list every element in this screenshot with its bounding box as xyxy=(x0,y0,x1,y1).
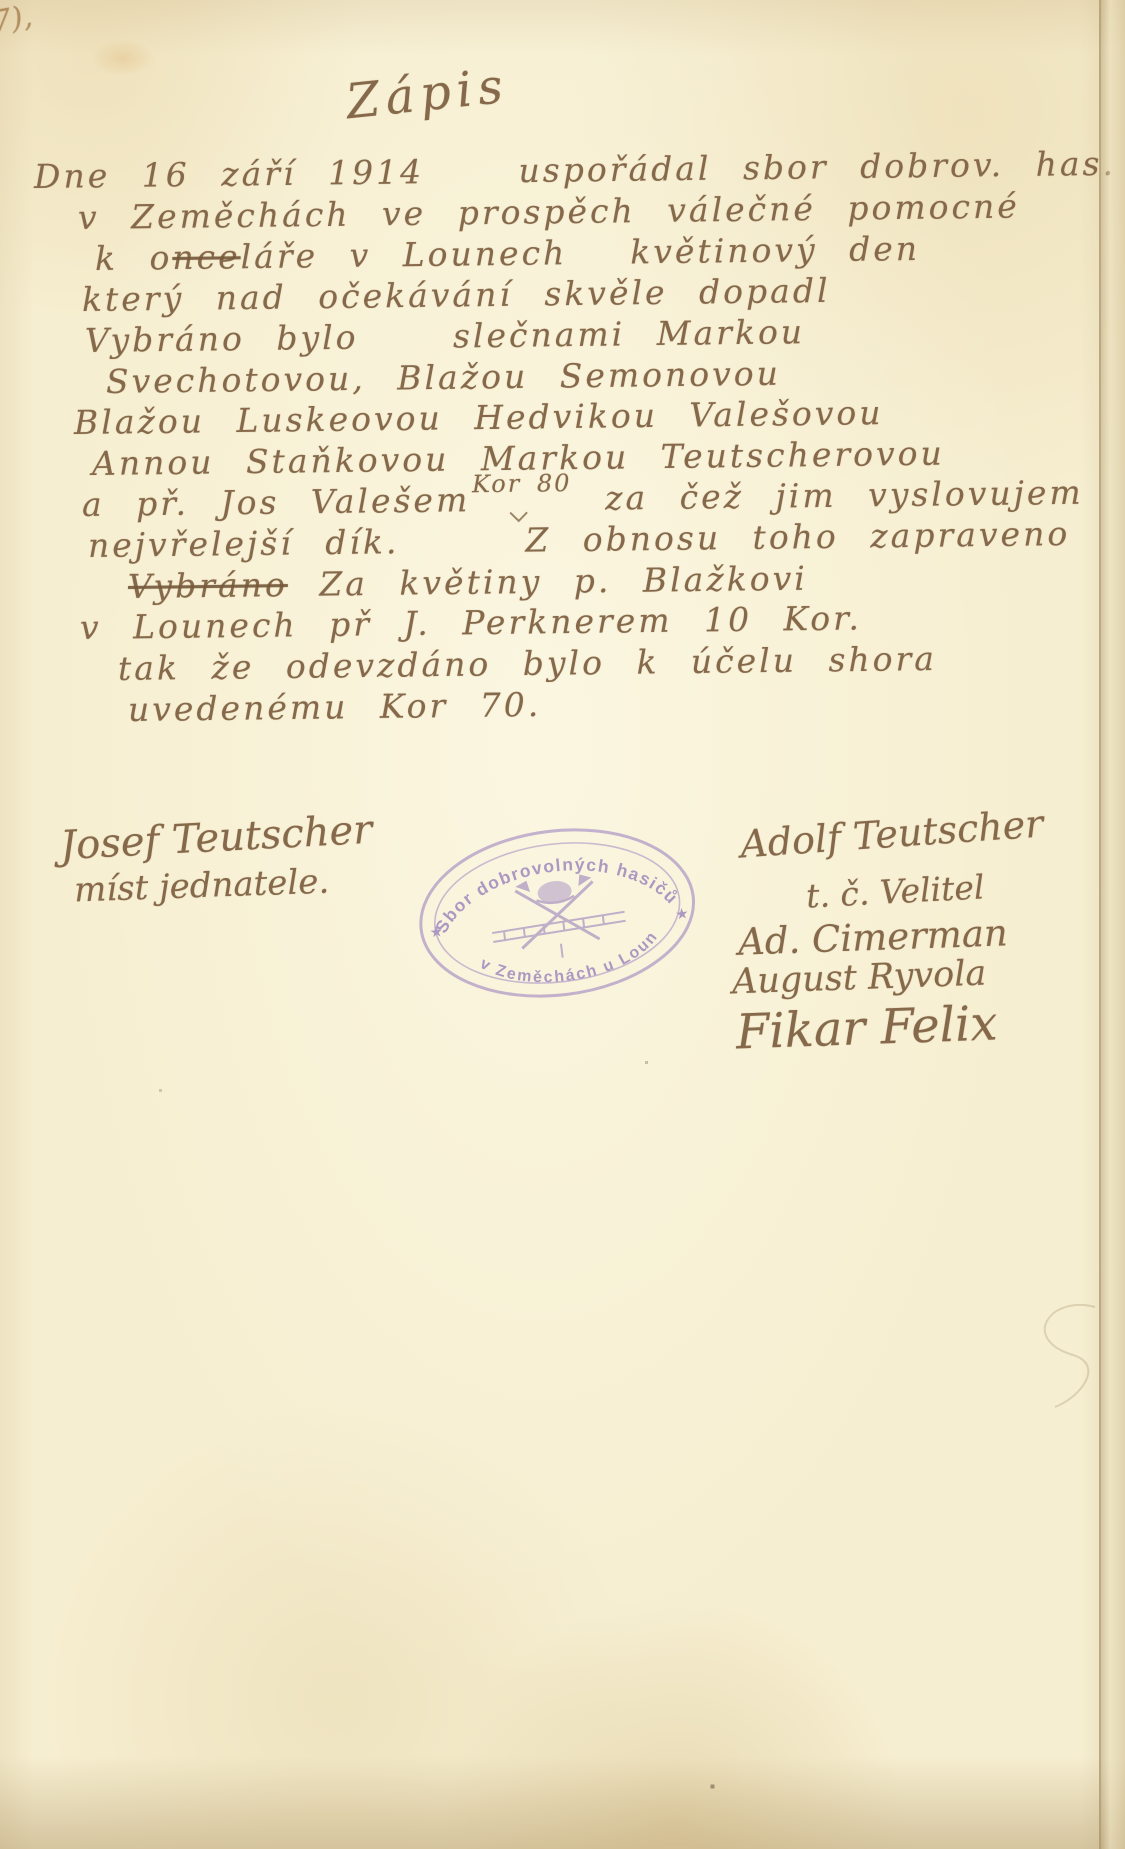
signature-fikar-felix: Fikar Felix xyxy=(735,995,998,1060)
struck-text: nce xyxy=(172,237,241,277)
book-page-edge xyxy=(1099,0,1125,1849)
signature-role-velitel: t. č. Velitel xyxy=(805,867,985,915)
manuscript-page: 7), Zápis Dne 16 září 1914 uspořádal sbo… xyxy=(0,0,1125,1849)
text-segment: za čež jim vyslovujem xyxy=(573,473,1084,518)
ink-corner-mark: 7), xyxy=(0,0,35,40)
stamp-graphic: Sbor dobrovolných hasičů v Zeměchách u L… xyxy=(402,807,711,1016)
stamp-star-right: ★ xyxy=(674,904,690,924)
text-segment: k o xyxy=(95,238,173,278)
stamp-star-left: ★ xyxy=(429,922,445,942)
inserted-text-above: Kor 80 xyxy=(472,463,572,505)
text-segment: a př. Jos Valešem xyxy=(82,480,471,524)
fire-brigade-stamp: Sbor dobrovolných hasičů v Zeměchách u L… xyxy=(402,807,711,1016)
text-segment: Za květiny p. Blažkovi xyxy=(288,559,808,604)
pencil-doodle xyxy=(1010,1295,1110,1419)
stain-smudge xyxy=(88,38,158,78)
signature-josef-role: míst jednatele. xyxy=(73,862,329,911)
body-text: Dne 16 září 1914 uspořádal sbor dobrov. … xyxy=(0,156,1100,730)
text-segment: uvedenému Kor 70. xyxy=(128,685,542,729)
struck-text: Vybráno xyxy=(128,565,288,606)
page-title: Zápis xyxy=(344,58,512,131)
signature-august-ryvola: August Ryvola xyxy=(731,954,987,1003)
signature-josef-teutscher: Josef Teutscher xyxy=(59,807,373,869)
signature-adolf-teutscher: Adolf Teutscher xyxy=(739,801,1045,866)
paper-specks xyxy=(0,0,1,1)
